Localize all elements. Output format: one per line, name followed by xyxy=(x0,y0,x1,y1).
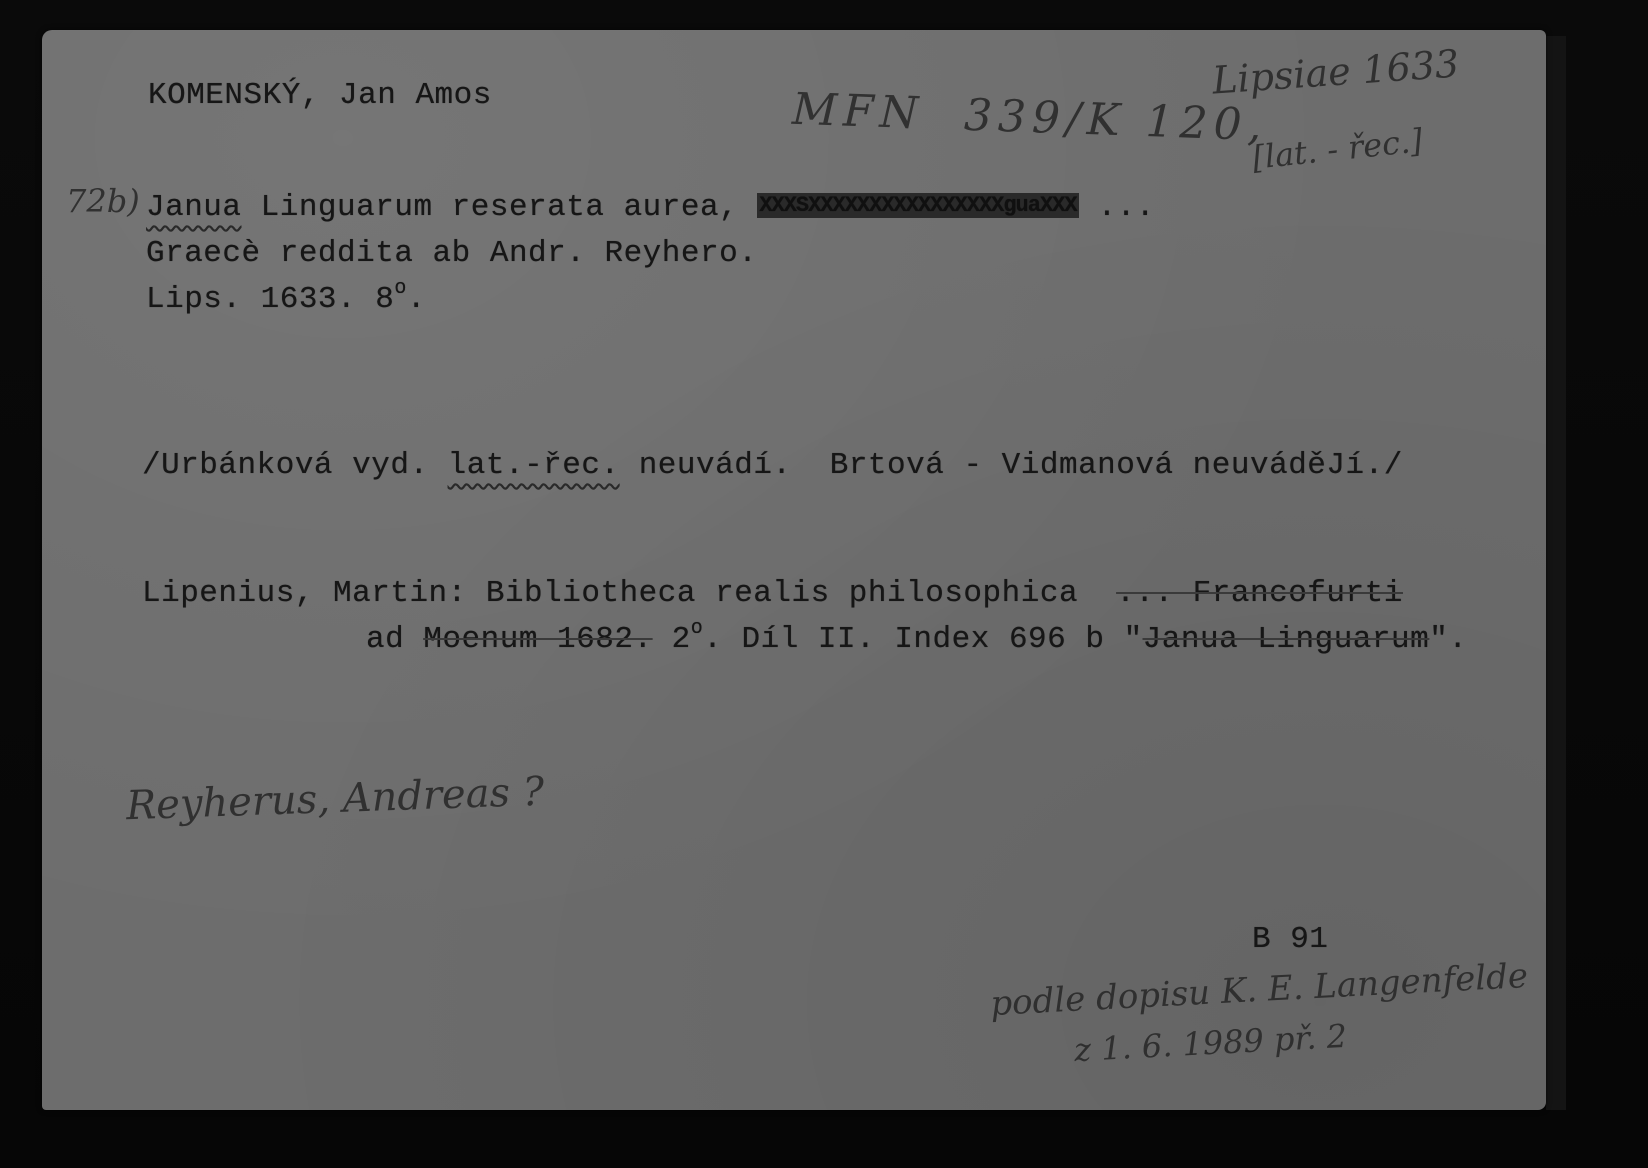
imprint-end: . xyxy=(407,282,426,317)
reference-struck-title: Janua Linguarum xyxy=(1143,622,1430,657)
handwritten-record-number: MFN 339/K 120, xyxy=(791,84,1268,152)
handwritten-entry-number: 72b) xyxy=(66,182,140,220)
handwritten-source-note: podle dopisu K. E. Langenfelde xyxy=(989,956,1529,1024)
imprint-text: Lips. 1633. 8 xyxy=(146,282,394,317)
entry-imprint-line: Lips. 1633. 8o. xyxy=(146,282,426,317)
typed-over-text: XXXSXXXXXXXXXXXXXXXXguaXXX xyxy=(757,193,1078,218)
entry-title-line: Janua Linguarum reserata aurea, XXXSXXXX… xyxy=(146,190,1155,225)
reference-ad: ad xyxy=(366,622,423,657)
handwritten-translator-name: Reyherus, Andreas ? xyxy=(125,769,545,830)
title-ellipsis: ... xyxy=(1079,190,1155,225)
reference-format: 2 xyxy=(653,622,691,657)
handwritten-date-note: z 1. 6. 1989 př. 2 xyxy=(1073,1017,1348,1069)
reference-struck-place: ... Francofurti xyxy=(1116,576,1403,611)
entry-translation-line: Graecè reddita ab Andr. Reyhero. xyxy=(146,236,757,271)
note-underlined: lat.-řec. xyxy=(448,448,620,483)
title-first-word: Janua xyxy=(146,190,242,225)
title-rest: Linguarum reserata aurea, xyxy=(242,190,758,225)
card-edge-shadow xyxy=(1546,36,1566,1110)
reference-struck-year: Moenum 1682. xyxy=(423,622,652,657)
author-heading: KOMENSKÝ, Jan Amos xyxy=(148,78,492,113)
reference-line-1: Lipenius, Martin: Bibliotheca realis phi… xyxy=(142,576,1403,611)
handwritten-place-year: Lipsiae 1633 xyxy=(1211,41,1461,102)
reference-format-superscript: o xyxy=(691,617,704,640)
reference-source: Lipenius, Martin: Bibliotheca realis phi… xyxy=(142,576,1116,611)
reference-line-2: ad Moenum 1682. 2o. Díl II. Index 696 b … xyxy=(366,622,1467,657)
catalog-card: KOMENSKÝ, Jan Amos MFN 339/K 120, Lipsia… xyxy=(42,30,1546,1110)
shelf-mark: B 91 xyxy=(1252,922,1328,957)
note-pre: /Urbánková vyd. xyxy=(142,448,448,483)
format-superscript: o xyxy=(394,277,407,300)
note-post: neuvádí. Brtová - Vidmanová neuváděJí./ xyxy=(620,448,1403,483)
bibliographic-note: /Urbánková vyd. lat.-řec. neuvádí. Brtov… xyxy=(142,448,1403,483)
reference-end: ". xyxy=(1429,622,1467,657)
scanned-catalog-card-image: KOMENSKÝ, Jan Amos MFN 339/K 120, Lipsia… xyxy=(0,0,1648,1168)
reference-volume-index: . Díl II. Index 696 b " xyxy=(703,622,1142,657)
handwritten-language-note: [lat. - řec.] xyxy=(1250,121,1424,177)
